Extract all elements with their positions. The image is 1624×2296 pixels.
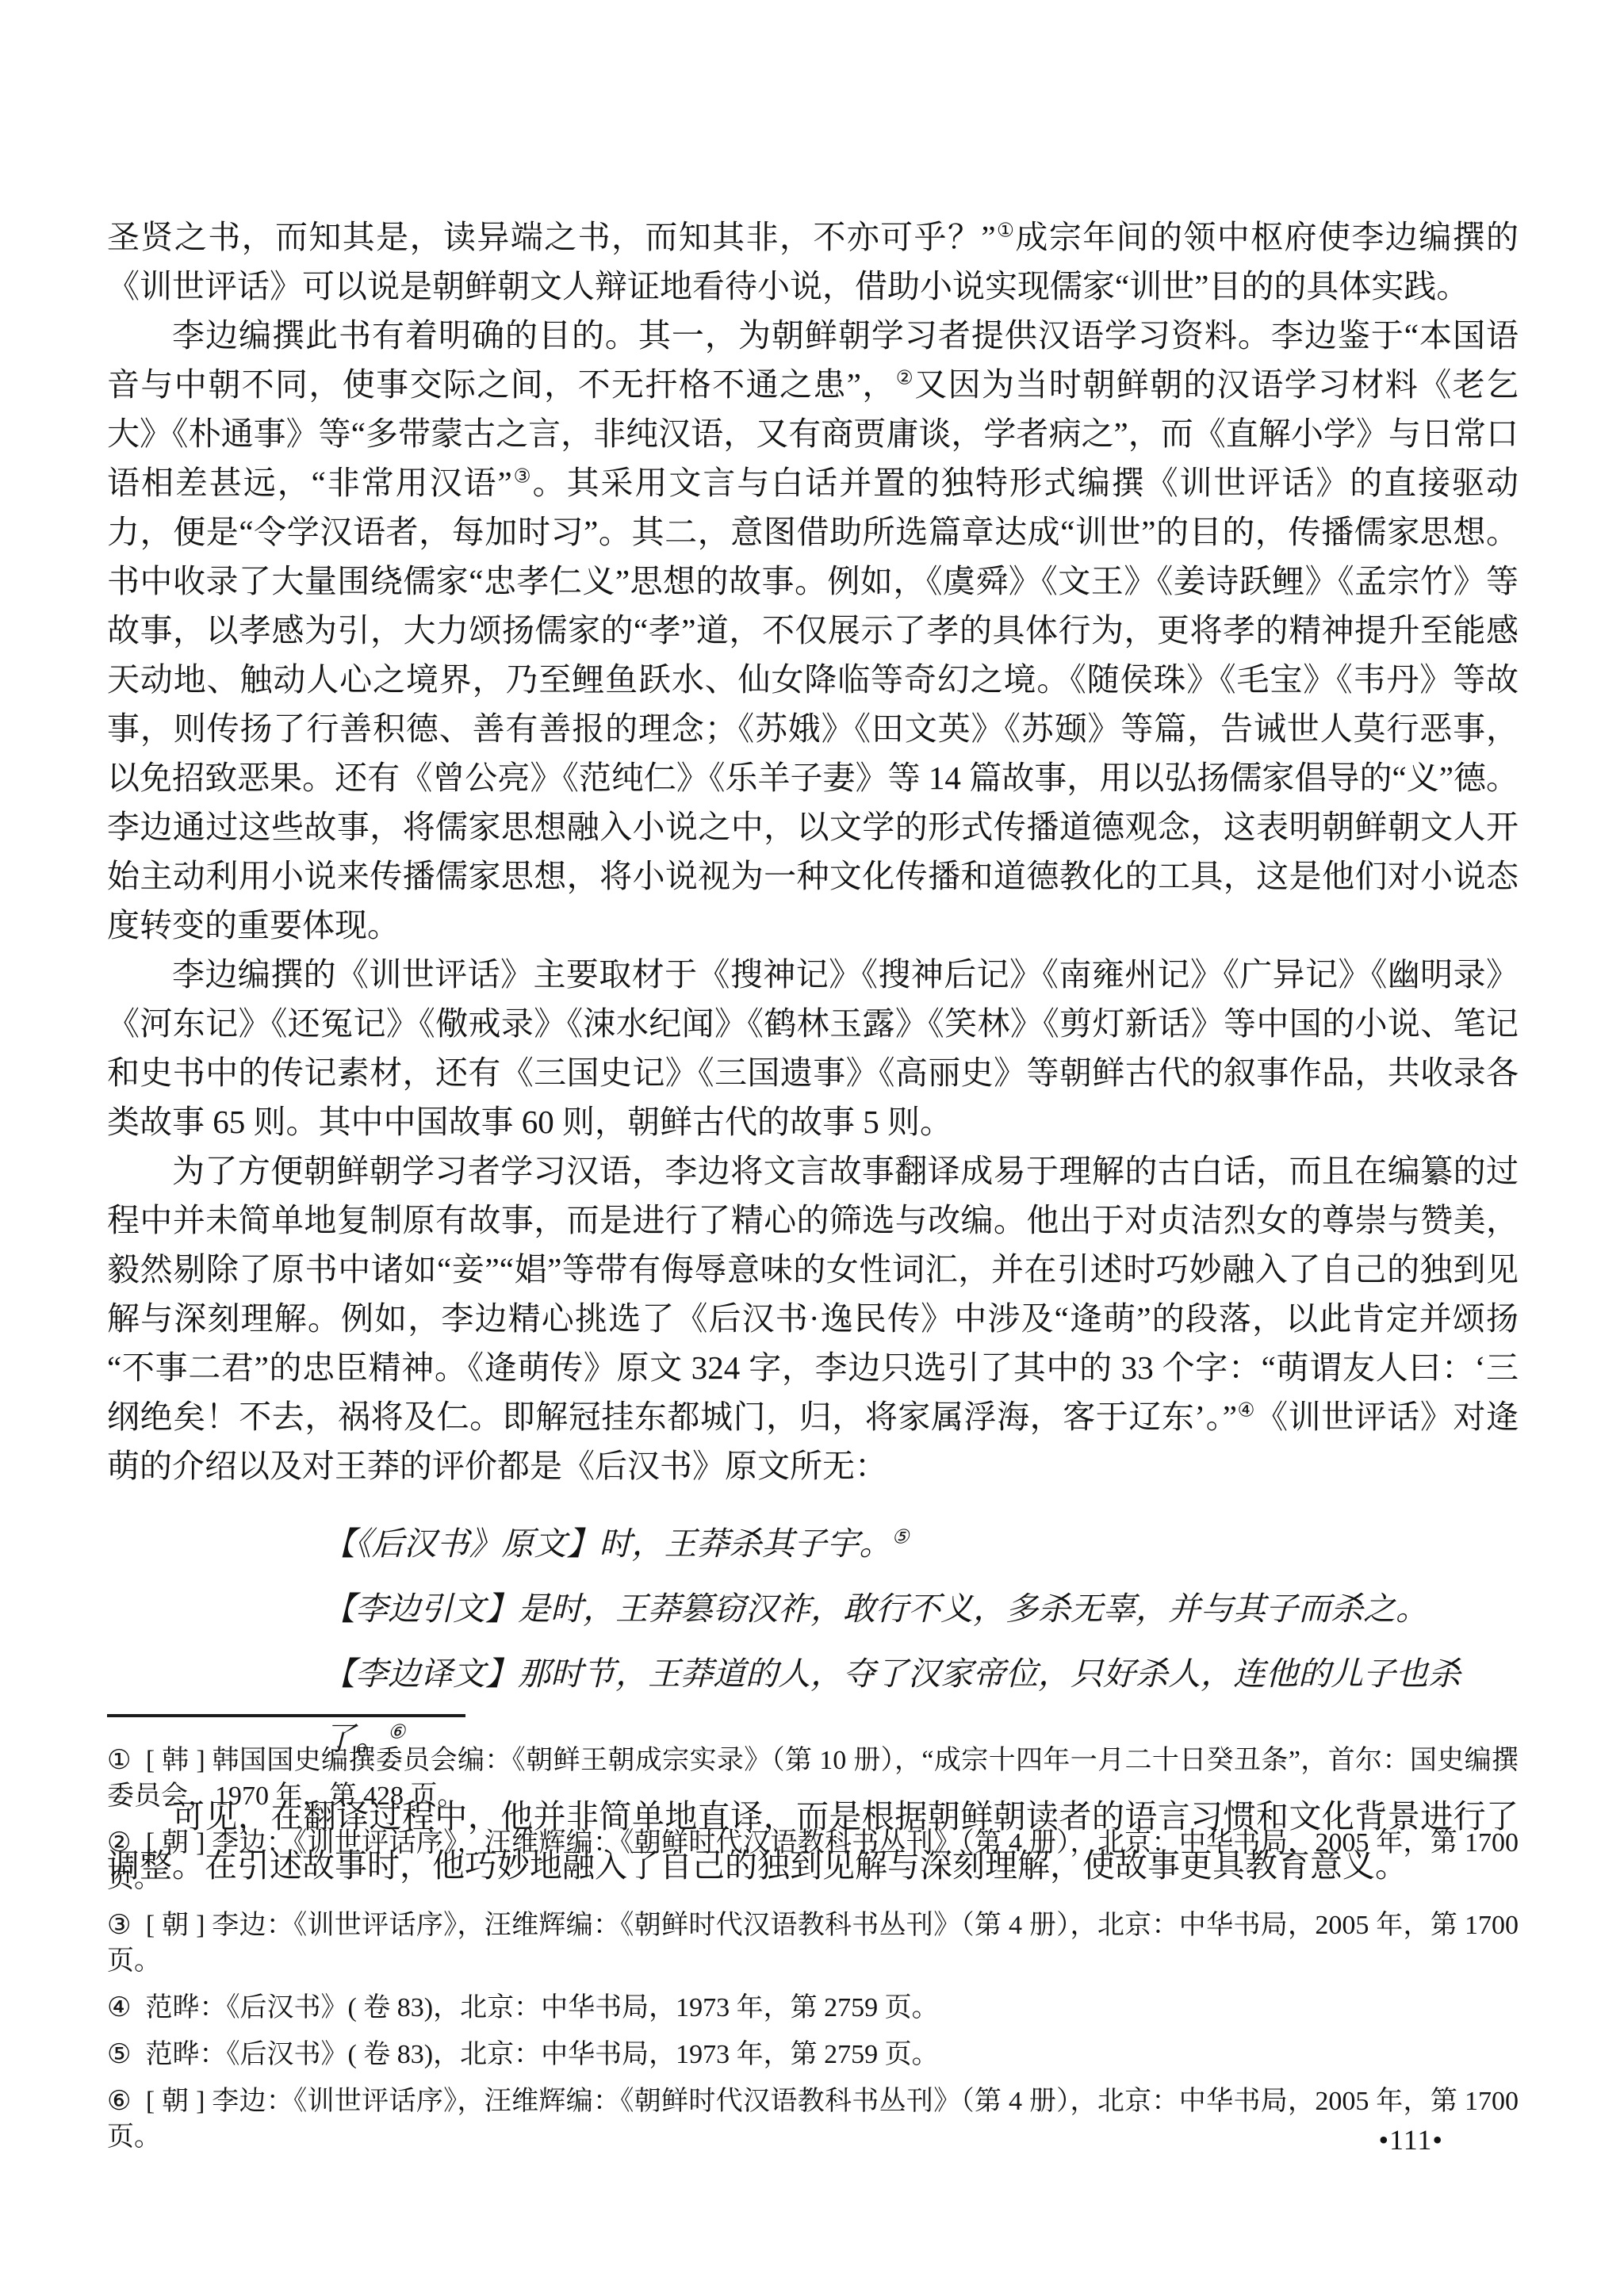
footnote-ref: ⑥: [388, 1721, 405, 1743]
footnote-ref: ③: [512, 465, 533, 487]
footnote-marker: ②: [107, 1828, 132, 1858]
footnote-ref: ①: [996, 220, 1016, 241]
footnote-marker: ③: [107, 1911, 132, 1940]
footnote-ref: ④: [1237, 1399, 1255, 1421]
footnote-list: ①[ 韩 ] 韩国国史编撰委员会编：《朝鲜王朝成宗实录》（第 10 册），“成宗…: [107, 1743, 1519, 2166]
footnote-marker: ①: [107, 1746, 132, 1775]
footnote-item: ⑥[ 朝 ] 李边：《训世评话序》，汪维辉编：《朝鲜时代汉语教科书丛刊》（第 4…: [107, 2084, 1519, 2155]
footnote-marker: ⑤: [107, 2040, 131, 2069]
document-page: 圣贤之书，而知其是，读异端之书，而知其非，不亦可乎？”①成宗年间的领中枢府使李边…: [0, 0, 1624, 2296]
footnote-ref: ⑤: [892, 1526, 910, 1548]
quote-line: 【李边引文】是时，王莽篡窃汉祚，敢行不义，多杀无辜，并与其子而杀之。: [323, 1576, 1519, 1641]
footnote-item: ③[ 朝 ] 李边：《训世评话序》，汪维辉编：《朝鲜时代汉语教科书丛刊》（第 4…: [107, 1908, 1519, 1979]
paragraph: 李边编撰的《训世评话》主要取材于《搜神记》《搜神后记》《南雍州记》《广异记》《幽…: [107, 950, 1519, 1146]
footnote-marker: ④: [107, 1993, 131, 2022]
footnote-marker: ⑥: [107, 2087, 132, 2116]
paragraph: 圣贤之书，而知其是，读异端之书，而知其非，不亦可乎？”①成宗年间的领中枢府使李边…: [107, 212, 1519, 311]
footnote-ref: ②: [896, 367, 914, 388]
footnote-separator: [107, 1714, 465, 1717]
paragraph: 为了方便朝鲜朝学习者学习汉语，李边将文言故事翻译成易于理解的古白话，而且在编纂的…: [107, 1146, 1519, 1490]
article-body: 圣贤之书，而知其是，读异端之书，而知其非，不亦可乎？”①成宗年间的领中枢府使李边…: [107, 212, 1519, 1890]
footnote-item: ②[ 朝 ] 李边：《训世评话序》，汪维辉编：《朝鲜时代汉语教科书丛刊》（第 4…: [107, 1825, 1519, 1896]
page-number: •111•: [1378, 2123, 1443, 2156]
paragraph: 李边编撰此书有着明确的目的。其一，为朝鲜朝学习者提供汉语学习资料。李边鉴于“本国…: [107, 311, 1519, 950]
footnote-item: ⑤范晔：《后汉书》( 卷 83)，北京：中华书局，1973 年，第 2759 页…: [107, 2037, 1519, 2072]
footnote-item: ④范晔：《后汉书》( 卷 83)，北京：中华书局，1973 年，第 2759 页…: [107, 1990, 1519, 2026]
quote-line: 【《后汉书》原文】时，王莽杀其子宇。⑤: [323, 1511, 1519, 1576]
footnote-item: ①[ 韩 ] 韩国国史编撰委员会编：《朝鲜王朝成宗实录》（第 10 册），“成宗…: [107, 1743, 1519, 1814]
quotation-block: 【《后汉书》原文】时，王莽杀其子宇。⑤【李边引文】是时，王莽篡窃汉祚，敢行不义，…: [323, 1511, 1519, 1771]
